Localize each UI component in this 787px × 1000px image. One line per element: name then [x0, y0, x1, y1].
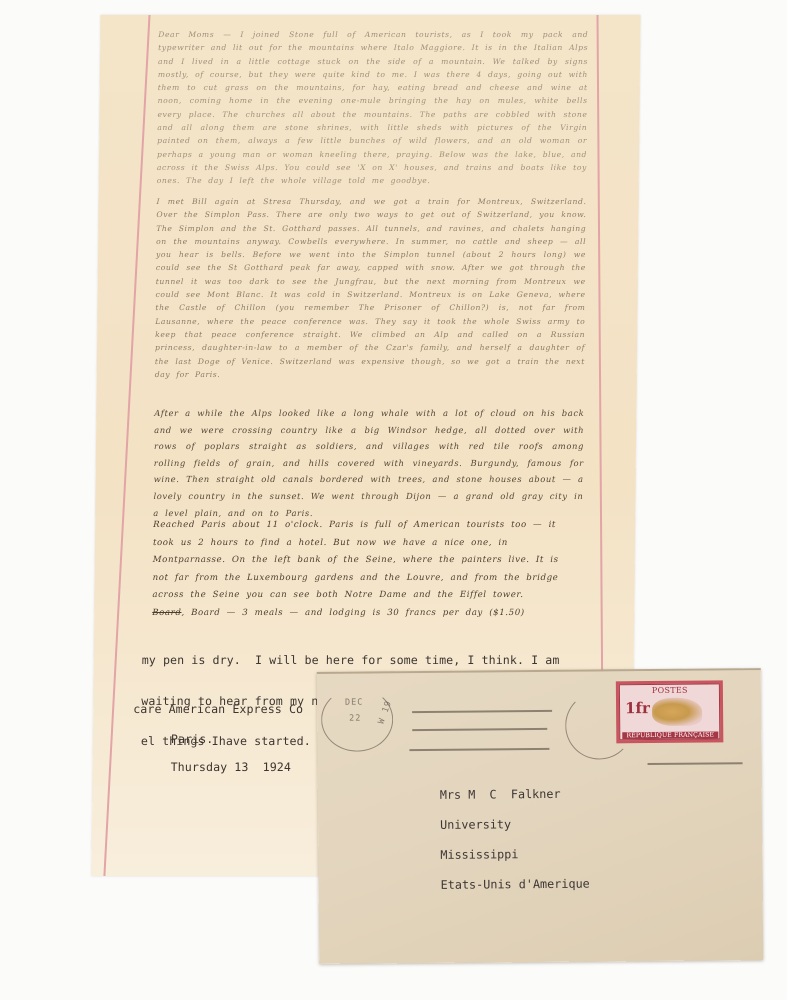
struck-word: Board	[152, 608, 181, 618]
handwritten-line: Board, Board — 3 meals — and lodging is …	[152, 605, 582, 623]
handwritten-line: Montparnasse. On the left bank of the Se…	[153, 552, 583, 570]
handwritten-line: took us 2 hours to find a hotel. But now…	[153, 535, 583, 553]
address-country: Etats-Unis d'Amerique	[441, 877, 590, 892]
postmark-day: 22	[349, 714, 361, 724]
stamp-postes-label: POSTES	[652, 686, 688, 695]
cancel-line	[648, 762, 743, 765]
handwritten-line: not far from the Luxembourg gardens and …	[153, 570, 583, 588]
handwritten-line: across the Seine you can see both Notre …	[152, 587, 582, 605]
address-line-2: University	[440, 817, 511, 832]
stamp-figure-icon	[652, 698, 702, 726]
stamp-country-label: RÉPUBLIQUE FRANÇAISE	[622, 731, 718, 739]
handwritten-line: Reached Paris about 11 o'clock. Paris is…	[153, 517, 583, 535]
address-recipient: Mrs M C Falkner	[440, 787, 561, 802]
handwritten-paragraph-4: Reached Paris about 11 o'clock. Paris is…	[152, 517, 583, 622]
address-line-3: Mississippi	[440, 847, 518, 862]
stamp-inner: POSTES 1fr RÉPUBLIQUE FRANÇAISE	[619, 683, 720, 740]
typed-line: my pen is dry. I will be here for some t…	[142, 654, 612, 668]
cancel-line	[409, 748, 549, 751]
handwritten-paragraph-2: I met Bill again at Stresa Thursday, and…	[155, 195, 587, 381]
handwritten-paragraph-3: After a while the Alps looked like a lon…	[153, 405, 584, 521]
handwritten-paragraph-1: Dear Moms — I joined Stone full of Ameri…	[157, 28, 589, 188]
stamp-value: 1fr	[625, 699, 650, 717]
envelope: DEC 22 W 19 POSTES 1fr RÉPUBLIQUE FRANÇA…	[317, 668, 764, 964]
cancel-line	[412, 710, 552, 713]
postage-stamp: POSTES 1fr RÉPUBLIQUE FRANÇAISE	[616, 680, 724, 743]
postmark-month: DEC	[345, 698, 363, 708]
cancel-line	[412, 728, 547, 731]
handwritten-text: , Board — 3 meals — and lodging is 30 fr…	[181, 608, 524, 618]
